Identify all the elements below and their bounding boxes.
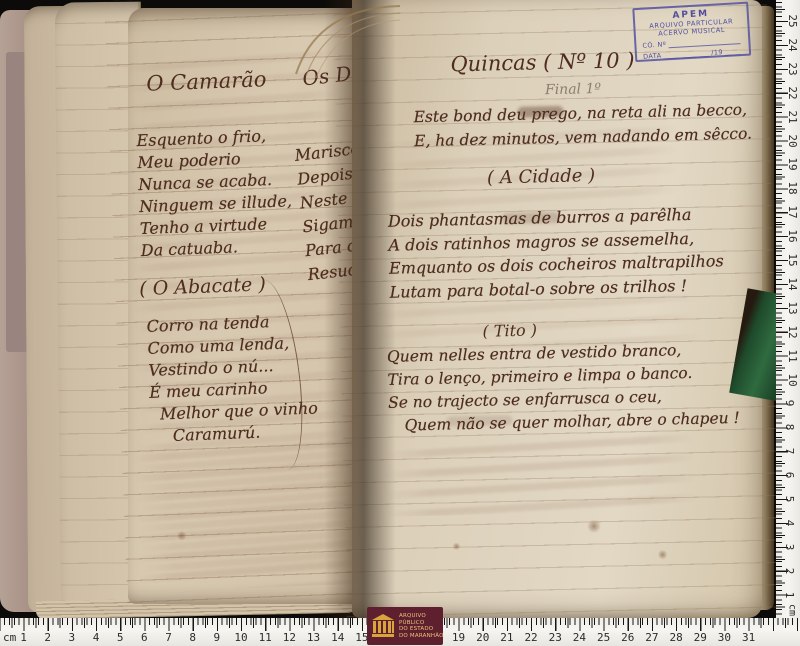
right-page: APEM ARQUIVO PARTICULAR ACERVO MUSICAL C… — [352, 0, 762, 618]
ruler-unit-label: cm — [3, 631, 16, 644]
ruler-number: 8 — [189, 631, 196, 644]
stamp-code-label: CÓ. Nº — [642, 40, 666, 49]
ruler-number: 26 — [621, 631, 634, 644]
ruler-number: 20 — [476, 631, 489, 644]
ruler-number: 19 — [786, 158, 799, 171]
ruler-number: 6 — [141, 631, 148, 644]
ruler-number: 12 — [283, 631, 296, 644]
ruler-number: 2 — [44, 631, 51, 644]
ruler-number: 1 — [783, 591, 796, 598]
blank-line — [725, 48, 741, 56]
ruler-number: 22 — [786, 86, 799, 99]
ruler-number: 28 — [669, 631, 682, 644]
ruler-number: 18 — [786, 182, 799, 195]
ruler-number: 3 — [783, 543, 796, 550]
poem-stanza: Dois phantasmas de burros a parêlhaA doi… — [388, 202, 725, 304]
ruler-number: 8 — [783, 424, 796, 431]
blank-line — [668, 37, 740, 48]
poem-stanza: Esquento o frio,Meu poderioNunca se acab… — [136, 124, 294, 262]
archive-stamp: APEM ARQUIVO PARTICULAR ACERVO MUSICAL C… — [632, 2, 751, 63]
ruler-number: 4 — [93, 631, 100, 644]
ruler-number: 21 — [500, 631, 513, 644]
poem-attribution: ( Tito ) — [482, 320, 537, 340]
blank-line — [663, 50, 709, 60]
ruler-number: 6 — [783, 472, 796, 479]
ruler-number: 9 — [214, 631, 221, 644]
ruler-number: 7 — [165, 631, 172, 644]
ruler-number: 16 — [786, 229, 799, 242]
ruler-number: 1 — [20, 631, 27, 644]
poem-title: Quincas ( Nº 10 ) — [450, 48, 635, 76]
poem-stanza: Quem nelles entra de vestido branco,Tira… — [387, 338, 740, 438]
ruler-number: 27 — [645, 631, 658, 644]
logo-text: ARQUIVOPÚBLICODO ESTADODO MARANHÃO — [399, 613, 444, 639]
ruler-number: 29 — [694, 631, 707, 644]
right-page-content: APEM ARQUIVO PARTICULAR ACERVO MUSICAL C… — [345, 0, 769, 623]
stamp-date-suffix: /19 — [711, 48, 723, 57]
ruler-number: 11 — [259, 631, 272, 644]
pencil-annotation: Final 1º — [545, 81, 601, 98]
ruler-number: 23 — [549, 631, 562, 644]
ruler-number: 7 — [783, 448, 796, 455]
ruler-number: 21 — [786, 110, 799, 123]
poem-title: O Camarão — [146, 67, 267, 96]
poem-attribution: ( A Cidade ) — [487, 165, 596, 188]
ruler-number: 5 — [117, 631, 124, 644]
ruler-number: 23 — [786, 62, 799, 75]
ruler-number: 15 — [786, 253, 799, 266]
ruler-number: 13 — [786, 301, 799, 314]
ruler-number: 5 — [783, 496, 796, 503]
ruler-number: 14 — [331, 631, 344, 644]
left-page: O Camarão Esquento o frio,Meu poderioNun… — [128, 8, 368, 604]
text-line: DO MARANHÃO — [399, 633, 444, 640]
ruler-number: 10 — [234, 631, 247, 644]
building-icon — [371, 613, 395, 639]
ruler-number: 24 — [573, 631, 586, 644]
ruler-number: 25 — [786, 14, 799, 27]
ruler-number: 11 — [786, 349, 799, 362]
ruler-unit-label: cm — [787, 604, 798, 616]
ruler-number: 25 — [597, 631, 610, 644]
ruler-number: 22 — [524, 631, 537, 644]
ruler-number: 17 — [786, 206, 799, 219]
ruler-number: 12 — [786, 325, 799, 338]
ruler-number: 24 — [786, 38, 799, 51]
archive-logo-plaque: ARQUIVOPÚBLICODO ESTADODO MARANHÃO — [367, 607, 443, 645]
ruler-number: 30 — [718, 631, 731, 644]
right-ruler: 2524232221201918171615141312111098765432… — [776, 0, 800, 618]
ruler-number: 2 — [783, 567, 796, 574]
ruler-number: 3 — [69, 631, 76, 644]
poem-stanza: Este bond deu prego, na reta ali na becc… — [413, 98, 752, 154]
ruler-number: 10 — [786, 373, 799, 386]
ruler-number: 9 — [783, 400, 796, 407]
ruler-number: 14 — [786, 277, 799, 290]
ruler-number: 4 — [783, 520, 796, 527]
ruler-number: 13 — [307, 631, 320, 644]
ruler-number: 31 — [742, 631, 755, 644]
stamp-date-label: DATA — [643, 52, 662, 61]
ruler-number: 19 — [452, 631, 465, 644]
ruler-number: 20 — [786, 134, 799, 147]
